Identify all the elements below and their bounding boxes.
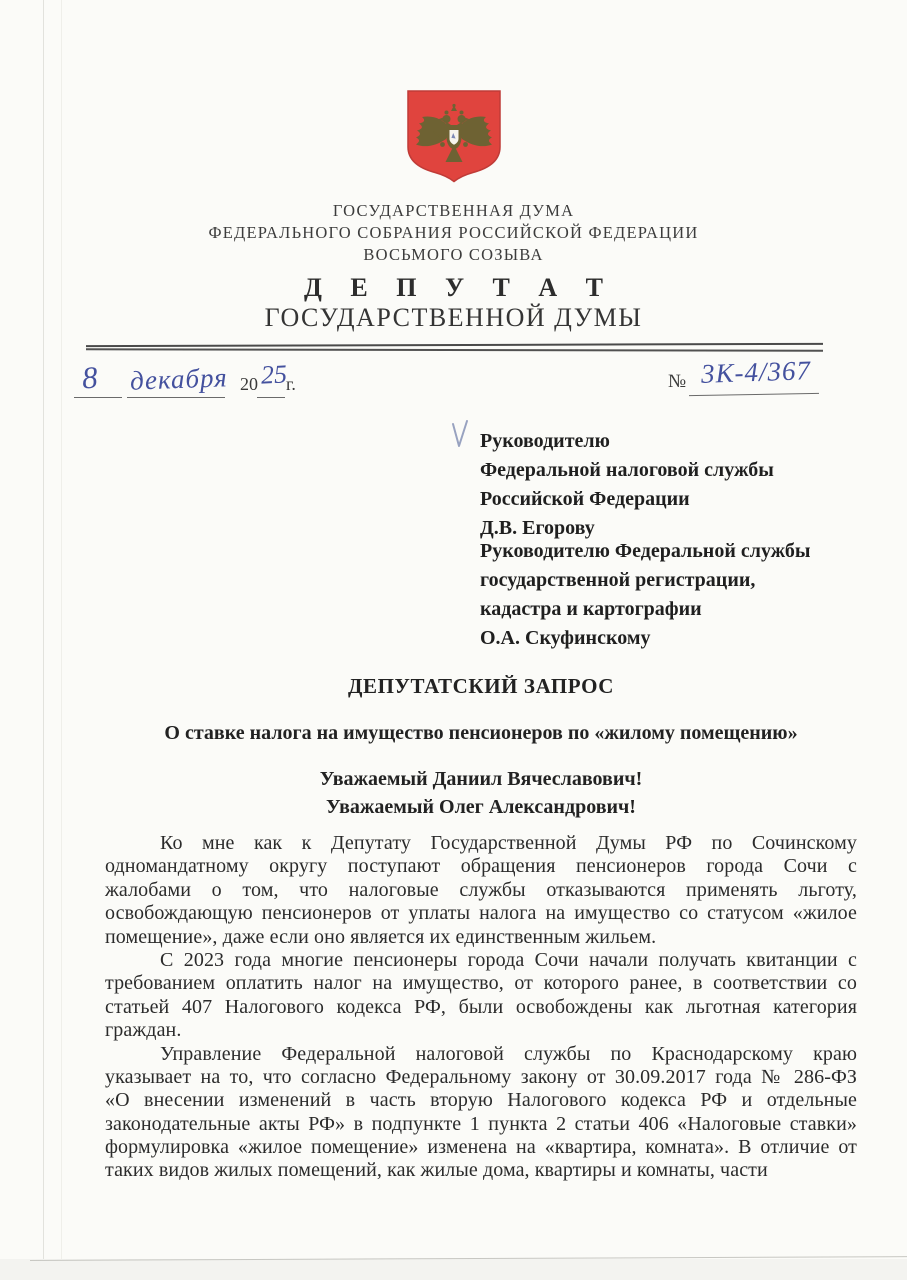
addressee-line: Российской Федерации <box>480 485 820 514</box>
addressee-block-fns: Руководителю Федеральной налоговой служб… <box>480 427 820 543</box>
org-name-line3: ВОСЬМОГО СОЗЫВА <box>0 245 907 265</box>
month-underline <box>127 397 225 398</box>
number-underline <box>689 393 819 396</box>
body-line: С 2023 года многие пенсионеры города Соч… <box>105 949 857 972</box>
role-title-deputy: Д Е П У Т А Т <box>0 273 907 303</box>
body-line: освобождающую пенсионеров от уплаты нало… <box>105 902 857 925</box>
addressee-line: Руководителю Федеральной службы <box>480 537 820 566</box>
handwritten-year: 25 <box>260 359 288 390</box>
addressee-line: О.А. Скуфинскому <box>480 624 820 653</box>
body-line: Управление Федеральной налоговой службы … <box>105 1043 857 1066</box>
scan-bottom-margin <box>0 1259 907 1280</box>
body-line: «О внесении изменений в часть вторую Нал… <box>105 1089 857 1112</box>
letter-body: Ко мне как к Депутату Государственной Ду… <box>105 832 857 1183</box>
addressee-line: кадастра и картографии <box>480 595 820 624</box>
body-line: помещение», даже если оно является их ед… <box>105 926 857 949</box>
document-number-label: № <box>668 371 686 393</box>
body-line: граждан. <box>105 1019 857 1042</box>
salutation-line: Уважаемый Олег Александрович! <box>105 796 857 819</box>
body-line: указывает на то, что согласно Федерально… <box>105 1066 857 1089</box>
body-line: требованием оплатить налог на имущество,… <box>105 972 857 995</box>
salutation-line: Уважаемый Даниил Вячеславович! <box>105 768 857 791</box>
role-title-duma: ГОСУДАРСТВЕННОЙ ДУМЫ <box>0 303 907 333</box>
body-line: законодательные акты РФ» в подпункте 1 п… <box>105 1113 857 1136</box>
org-name-line2: ФЕДЕРАЛЬНОГО СОБРАНИЯ РОССИЙСКОЙ ФЕДЕРАЦ… <box>0 223 907 243</box>
year-underline <box>257 397 285 398</box>
org-name-line1: ГОСУДАРСТВЕННАЯ ДУМА <box>0 201 907 221</box>
body-line: одномандатному округу поступают обращени… <box>105 855 857 878</box>
handwritten-month: декабря <box>129 362 228 396</box>
addressee-line: Руководителю <box>480 427 820 456</box>
addressee-line: Федеральной налоговой службы <box>480 456 820 485</box>
scan-crease-line <box>43 0 44 1280</box>
letterhead-divider-rule <box>86 344 823 352</box>
document-subject: О ставке налога на имущество пенсионеров… <box>105 722 857 745</box>
document-title: ДЕПУТАТСКИЙ ЗАПРОС <box>105 674 857 699</box>
body-line: Ко мне как к Депутату Государственной Ду… <box>105 832 857 855</box>
scan-crease-line-2 <box>61 0 62 1280</box>
addressee-block-rosreestr: Руководителю Федеральной службы государс… <box>480 537 820 653</box>
body-line: таких видов жилых помещений, как жилые д… <box>105 1159 857 1182</box>
body-line: формулировка «жилое помещение» изменена … <box>105 1136 857 1159</box>
day-underline <box>74 397 122 398</box>
russia-coat-of-arms-icon <box>403 88 505 184</box>
handwritten-day: 8 <box>81 360 99 397</box>
handwritten-check-mark <box>451 419 469 449</box>
body-line: статьей 407 Налогового кодекса РФ, были … <box>105 996 857 1019</box>
handwritten-document-number: 3К-4/367 <box>700 355 811 390</box>
body-line: жалобами о том, что налоговые службы отк… <box>105 879 857 902</box>
printed-year-prefix: 20 <box>240 374 258 395</box>
addressee-line: государственной регистрации, <box>480 566 820 595</box>
scanned-letter-page: ГОСУДАРСТВЕННАЯ ДУМА ФЕДЕРАЛЬНОГО СОБРАН… <box>0 0 907 1280</box>
printed-year-suffix: г. <box>286 374 296 395</box>
